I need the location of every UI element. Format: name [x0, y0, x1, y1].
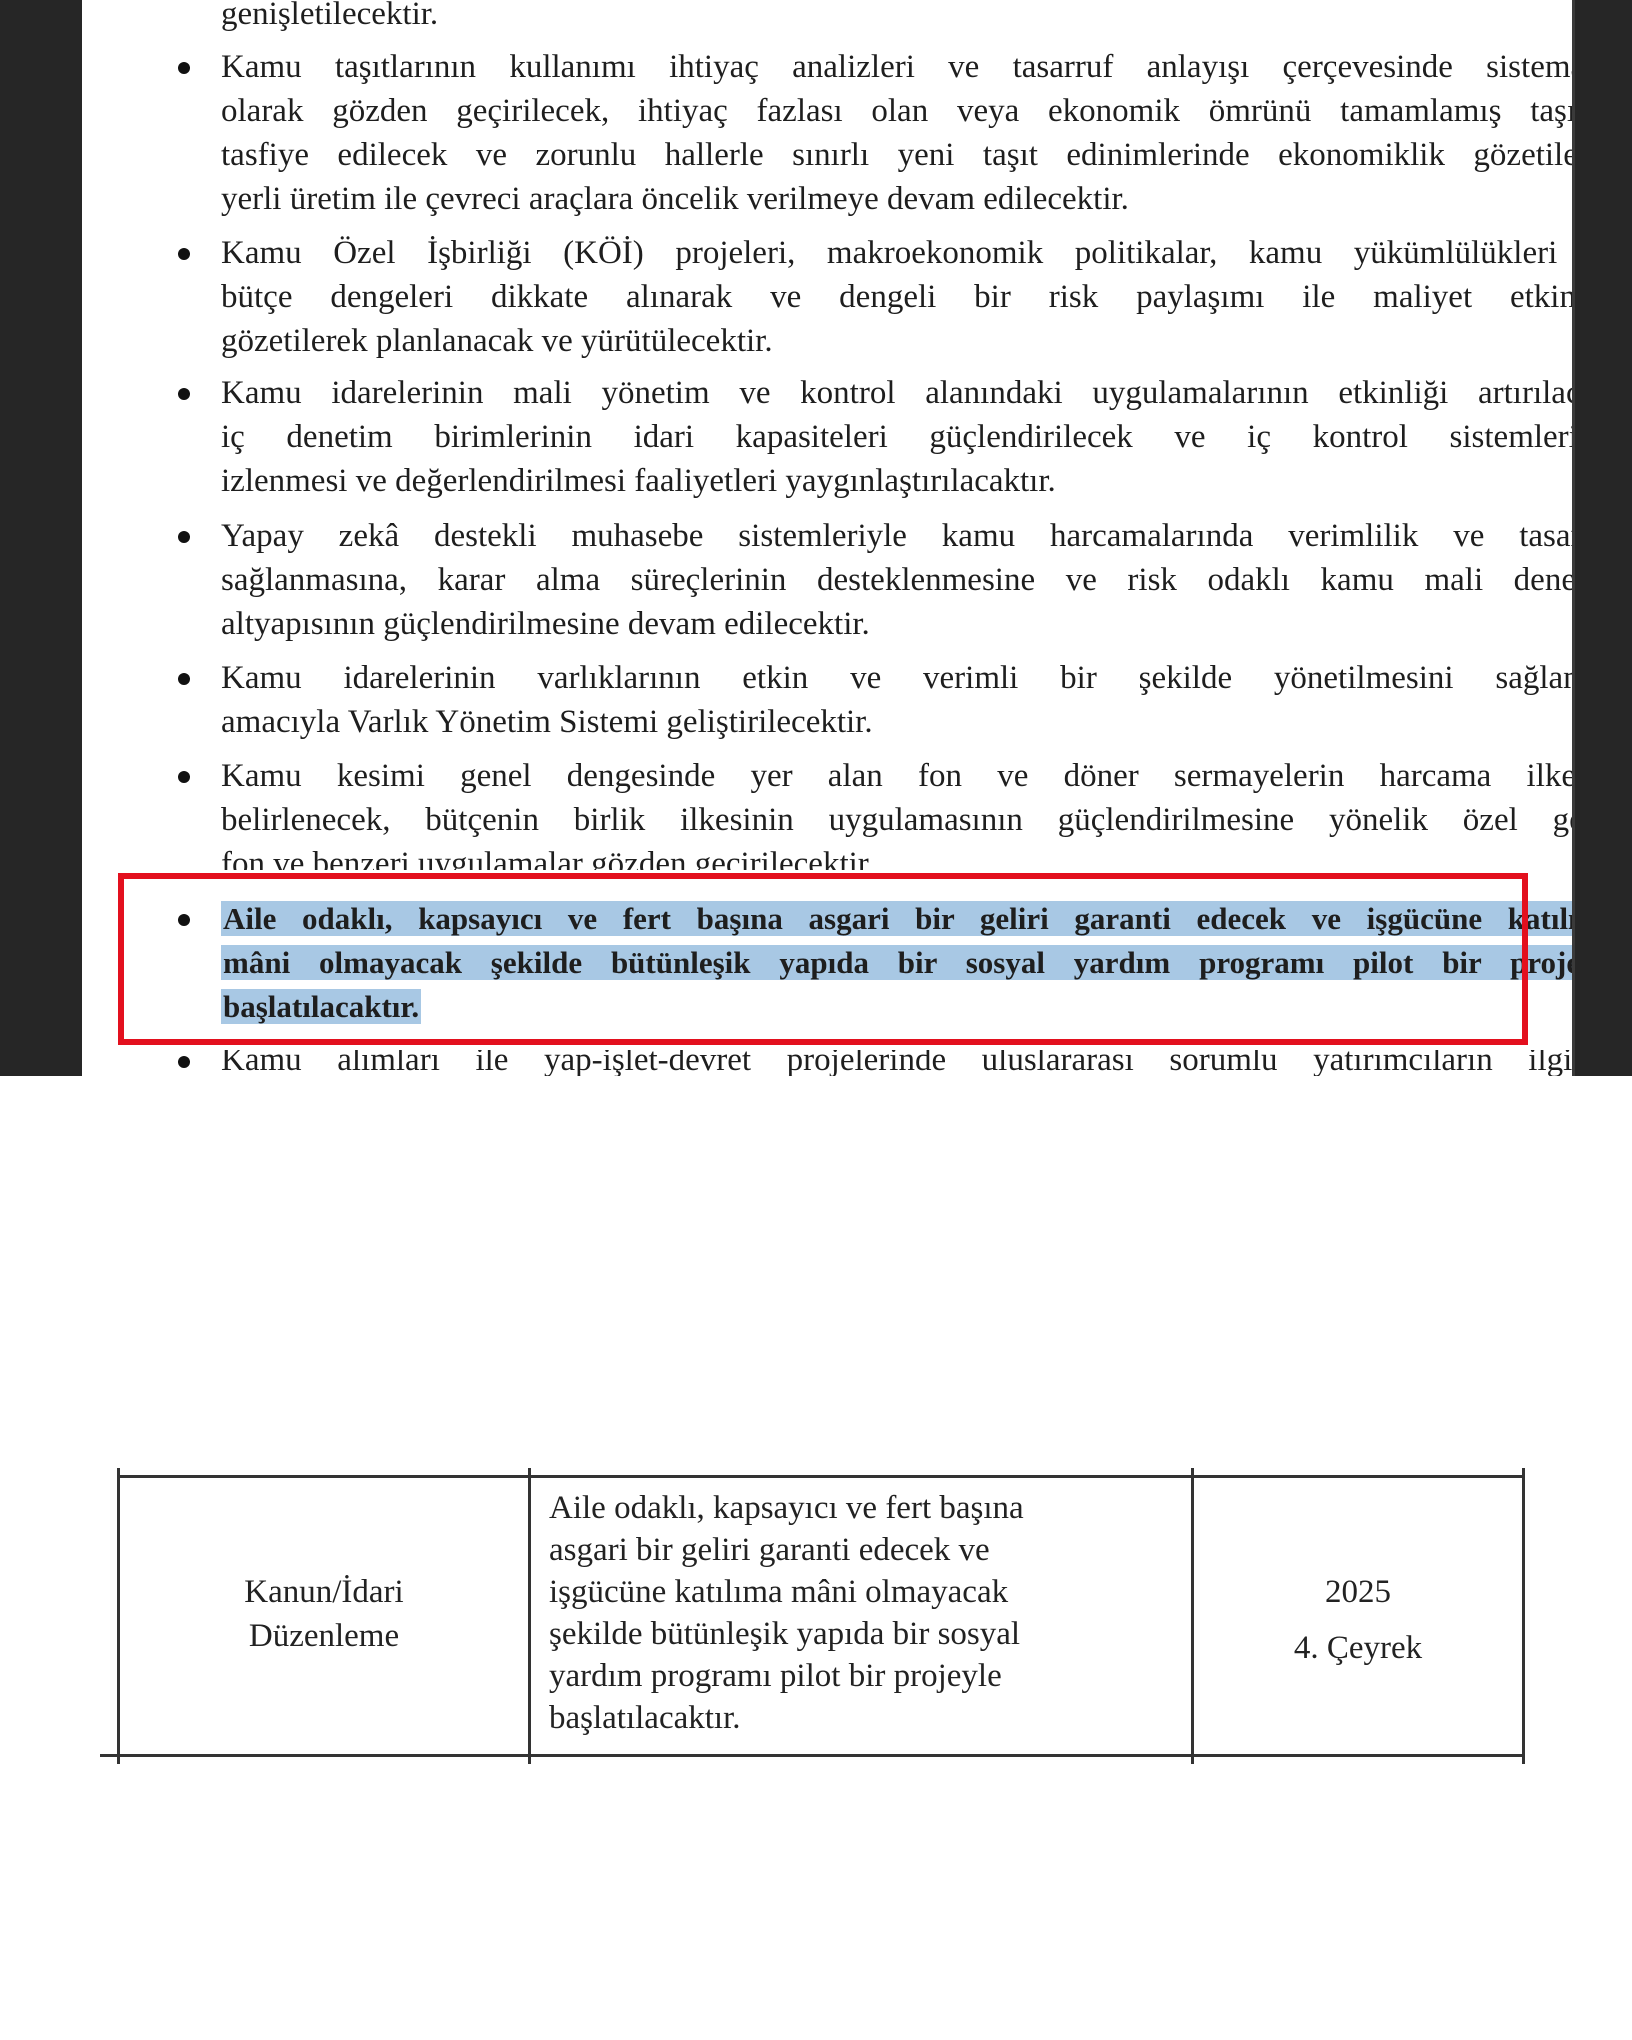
table-bottom-border	[100, 1754, 1524, 1757]
bullet-icon	[178, 673, 190, 685]
cut-bullet-clipped: Kamu alımları ile yap-işlet-devret proje…	[221, 1050, 1572, 1076]
cell-deadline-quarter: 4. Çeyrek	[1194, 1620, 1522, 1676]
bullet-3-line-3: izlenmesi ve değerlendirilmesi faaliyetl…	[221, 459, 1572, 503]
bullet-5-line-2: amacıyla Varlık Yönetim Sistemi geliştir…	[221, 700, 1572, 744]
table-top-border	[117, 1475, 1524, 1478]
paragraph-fragment: genişletilecektir.	[221, 0, 1572, 36]
cell-description-line: işgücüne katılıma mâni olmayacak	[549, 1571, 1179, 1613]
pdf-viewer: genişletilecektir. Kamu taşıtlarının kul…	[0, 0, 1632, 1076]
bullet-1-line-3: tasfiye edilecek ve zorunlu hallerle sın…	[221, 133, 1572, 177]
bullet-icon	[178, 248, 190, 260]
cell-deadline-year: 2025	[1194, 1564, 1522, 1620]
cell-description: Aile odaklı, kapsayıcı ve fert başına as…	[549, 1487, 1179, 1739]
bullet-6-line-3-clipped: fon ve benzeri uygulamalar gözden geçiri…	[221, 842, 1572, 870]
bullet-icon	[178, 771, 190, 783]
red-annotation-box	[118, 873, 1528, 1045]
page-edge	[1572, 0, 1575, 1076]
bullet-6-line-2: belirlenecek, bütçenin birlik ilkesinin …	[221, 798, 1572, 842]
bullet-6-line-3: fon ve benzeri uygulamalar gözden geçiri…	[221, 842, 1572, 870]
bullet-3-line-2: iç denetim birimlerinin idari kapasitele…	[221, 415, 1572, 459]
bullet-4-line-3: altyapısının güçlendirilmesine devam edi…	[221, 602, 1572, 646]
bullet-4-line-1: Yapay zekâ destekli muhasebe sistemleriy…	[221, 514, 1572, 558]
bullet-icon	[178, 62, 190, 74]
bullet-2-line-1: Kamu Özel İşbirliği (KÖİ) projeleri, mak…	[221, 231, 1572, 275]
cell-deadline: 2025 4. Çeyrek	[1194, 1564, 1522, 1676]
bullet-icon	[178, 1056, 190, 1068]
table-col-border	[528, 1468, 531, 1764]
table-col-border	[1522, 1468, 1525, 1764]
bullet-1-line-4: yerli üretim ile çevreci araçlara önceli…	[221, 177, 1572, 221]
bullet-2-line-2: bütçe dengeleri dikkate alınarak ve deng…	[221, 275, 1572, 319]
cell-type: Kanun/İdari Düzenleme	[120, 1570, 528, 1658]
cut-bullet-line: Kamu alımları ile yap-işlet-devret proje…	[221, 1050, 1572, 1076]
cell-description-line: yardım programı pilot bir projeyle	[549, 1655, 1179, 1697]
cell-description-line: Aile odaklı, kapsayıcı ve fert başına	[549, 1487, 1179, 1529]
cell-description-line: şekilde bütünleşik yapıda bir sosyal	[549, 1613, 1179, 1655]
bullet-1-line-2: olarak gözden geçirilecek, ihtiyaç fazla…	[221, 89, 1572, 133]
cell-type-line: Düzenleme	[120, 1614, 528, 1658]
bullet-6-line-1: Kamu kesimi genel dengesinde yer alan fo…	[221, 754, 1572, 798]
bullet-5-line-1: Kamu idarelerinin varlıklarının etkin ve…	[221, 656, 1572, 700]
cell-description-line: başlatılacaktır.	[549, 1697, 1179, 1739]
bullet-icon	[178, 531, 190, 543]
bullet-2-line-3: gözetilerek planlanacak ve yürütülecekti…	[221, 319, 1572, 363]
bullet-1-line-1: Kamu taşıtlarının kullanımı ihtiyaç anal…	[221, 45, 1572, 89]
bullet-4-line-2: sağlanmasına, karar alma süreçlerinin de…	[221, 558, 1572, 602]
cell-type-line: Kanun/İdari	[120, 1570, 528, 1614]
bullet-3-line-1: Kamu idarelerinin mali yönetim ve kontro…	[221, 371, 1572, 415]
cell-description-line: asgari bir geliri garanti edecek ve	[549, 1529, 1179, 1571]
table-excerpt: Kanun/İdari Düzenleme Aile odaklı, kapsa…	[0, 1076, 1632, 2040]
document-page: genişletilecektir. Kamu taşıtlarının kul…	[82, 0, 1572, 1076]
bullet-icon	[178, 388, 190, 400]
